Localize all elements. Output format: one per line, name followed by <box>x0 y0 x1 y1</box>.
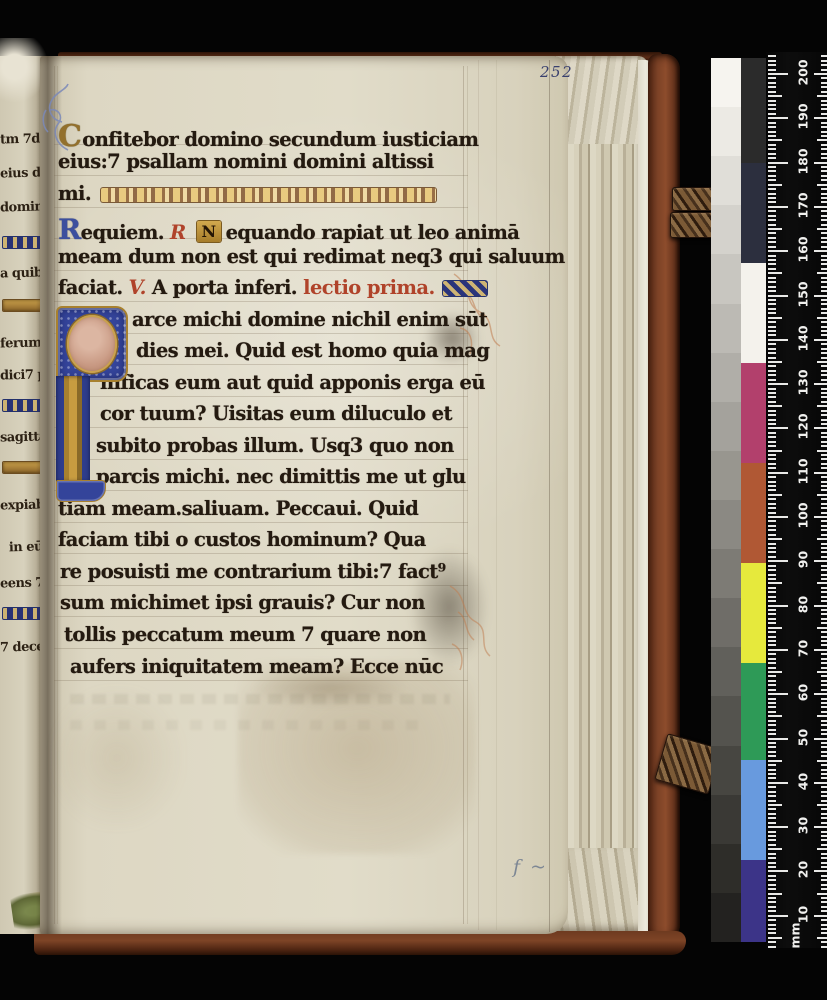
ruler-tick <box>768 631 776 633</box>
left-margin-rule <box>54 66 55 924</box>
latin-text: nificas eum aut quid apponis erga eū <box>100 371 485 394</box>
ruler-tick <box>768 383 788 385</box>
ruler-tick-right <box>821 148 827 150</box>
ruler-tick-right <box>821 308 827 310</box>
ruler-tick <box>768 906 776 908</box>
ruler-tick <box>768 831 776 833</box>
ruler-tick-right <box>817 494 827 496</box>
ruler-tick-right <box>821 166 827 168</box>
ruler-tick <box>768 365 776 367</box>
ruler-tick-right <box>821 326 827 328</box>
ruler-tick <box>768 901 776 903</box>
ruler-tick-right <box>821 636 827 638</box>
ruler-tick <box>768 879 776 881</box>
gray-step-5 <box>711 254 741 303</box>
ruler-tick <box>768 653 776 655</box>
manuscript-line-10: cor tuum? Uisitas eum diluculo et <box>100 402 452 425</box>
ruler-tick <box>768 941 776 943</box>
ruler-tick-right <box>817 272 827 274</box>
manuscript-line-2: eius:7 psallam nomini domini altissi <box>58 150 434 173</box>
ruler-tick <box>768 582 782 584</box>
ruler-tick-right <box>821 888 827 890</box>
ruler-tick-right <box>814 516 827 518</box>
ruler-tick-right <box>821 622 827 624</box>
ruler-tick <box>768 525 776 527</box>
ruler-tick <box>768 644 776 646</box>
ruler-tick-right <box>821 303 827 305</box>
ruler-tick-right <box>821 246 827 248</box>
ruler-tick <box>768 738 788 740</box>
ruler-tick-right <box>821 241 827 243</box>
grayscale-strip <box>711 58 741 942</box>
ruler-tick-right <box>821 188 827 190</box>
ruler-tick <box>768 520 776 522</box>
ruler-tick <box>768 769 776 771</box>
ruler-tick-right <box>821 224 827 226</box>
manuscript-line-16: sum michimet ipsi grauis? Cur non <box>60 591 425 614</box>
ruler-tick <box>768 343 776 345</box>
leather-cover-bottom-edge <box>34 931 686 955</box>
ruler-tick <box>768 290 776 292</box>
ruler-tick-right <box>821 512 827 514</box>
ruler-number-150: 150 <box>796 277 811 311</box>
ruler-tick <box>768 591 776 593</box>
ruler-tick <box>768 733 776 735</box>
ruler-tick <box>768 706 776 708</box>
decorated-red-mark: V. <box>129 276 146 299</box>
ruler-tick-right <box>821 507 827 509</box>
ruler-tick-right <box>814 472 827 474</box>
ruler-tick-right <box>821 764 827 766</box>
ruler-tick <box>768 755 776 757</box>
ruler-tick <box>768 622 776 624</box>
ruler-tick-right <box>821 219 827 221</box>
color-patch-indigo <box>741 860 768 942</box>
ruler-tick-right <box>821 485 827 487</box>
ruler-tick-right <box>814 117 827 119</box>
ruler-tick-right <box>821 680 827 682</box>
ruler-tick-right <box>821 946 827 948</box>
ruler-tick <box>768 73 788 75</box>
ruler-tick <box>768 317 782 319</box>
ruler-tick-right <box>821 179 827 181</box>
color-patch-yellow <box>741 563 768 663</box>
ruler-tick-right <box>821 879 827 881</box>
ruling-line-15 <box>54 585 468 586</box>
ruler-tick <box>768 587 776 589</box>
ruler-tick <box>768 667 776 669</box>
ruler-tick-right <box>821 813 827 815</box>
ruler-tick-right <box>821 667 827 669</box>
ruler-tick-right <box>821 348 827 350</box>
ruler-tick-right <box>821 569 827 571</box>
ruler-tick <box>768 436 776 438</box>
ruler-number-90: 90 <box>796 543 811 577</box>
ruler-tick <box>768 139 782 141</box>
ruler-tick <box>768 450 782 452</box>
ruling-line-13 <box>54 522 468 523</box>
ruler-tick-right <box>821 135 827 137</box>
ruler-tick-right <box>821 352 827 354</box>
ruler-tick <box>768 352 776 354</box>
ruling-line-6 <box>54 301 468 302</box>
ruler-tick-right <box>821 684 827 686</box>
ruler-tick-right <box>817 450 827 452</box>
ruler-tick-right <box>821 822 827 824</box>
ruler-tick-right <box>821 702 827 704</box>
ruler-tick-right <box>821 556 827 558</box>
ruler-tick <box>768 188 776 190</box>
ruler-number-60: 60 <box>796 676 811 710</box>
color-patch-orange <box>741 463 768 563</box>
ruler-tick-right <box>821 263 827 265</box>
ruler-tick-right <box>814 693 827 695</box>
ruler-tick <box>768 348 776 350</box>
ruler-tick-right <box>821 197 827 199</box>
ruler-tick-right <box>814 738 827 740</box>
gray-step-9 <box>711 451 741 500</box>
ruler-tick <box>768 268 776 270</box>
ruler-tick-right <box>821 131 827 133</box>
manuscript-line-15: re posuisti me contrarium tibi:7 fact⁹ <box>60 560 446 583</box>
ruler-tick <box>768 330 776 332</box>
ruler-tick-right <box>821 808 827 810</box>
gray-step-14 <box>711 696 741 745</box>
ruler-tick-right <box>814 162 827 164</box>
ruler-tick <box>768 720 776 722</box>
ruler-tick-right <box>821 201 827 203</box>
ruler-tick-right <box>821 689 827 691</box>
ruler-tick <box>768 126 776 128</box>
folio-number: 252 <box>540 63 573 81</box>
ruler-tick-right <box>814 782 827 784</box>
ruler-number-20: 20 <box>796 853 811 887</box>
ruler-tick <box>768 893 782 895</box>
ruler-tick-right <box>817 538 827 540</box>
ruler-tick <box>768 295 788 297</box>
ruler-tick <box>768 574 776 576</box>
ruler-tick <box>768 866 776 868</box>
ruler-tick <box>768 786 776 788</box>
ruler-tick <box>768 919 776 921</box>
color-patch-charcoal <box>741 58 768 163</box>
ruler-tick <box>768 299 776 301</box>
ruler-tick-right <box>821 919 827 921</box>
right-margin-rule-2 <box>467 66 468 924</box>
manuscript-line-6: faciat.V.A porta inferi. lectio prima. <box>58 276 487 299</box>
ruler-tick-right <box>814 560 827 562</box>
manuscript-line-8: dies mei. Quid est homo quia mag <box>136 339 489 362</box>
gray-step-3 <box>711 156 741 205</box>
ruler-tick-right <box>814 73 827 75</box>
ruler-tick-right <box>821 609 827 611</box>
ruler-tick <box>768 658 776 660</box>
ruler-tick-right <box>821 644 827 646</box>
ruler-tick-right <box>821 365 827 367</box>
leaf-edge-line <box>549 60 550 932</box>
latin-text: eius:7 psallam nomini domini altissi <box>58 150 434 173</box>
ruler-tick <box>768 308 776 310</box>
ruler-tick-right <box>814 250 827 252</box>
ruler-tick-right <box>821 853 827 855</box>
gray-step-15 <box>711 746 741 795</box>
ruler-tick-right <box>817 361 827 363</box>
ruler-tick-right <box>821 928 827 930</box>
ruler-tick <box>768 494 782 496</box>
ruler-tick-right <box>817 139 827 141</box>
ruler-tick <box>768 600 776 602</box>
ruler-tick-right <box>821 751 827 753</box>
ruler-tick <box>768 928 776 930</box>
ruler-tick <box>768 472 788 474</box>
ruler-tick-right <box>821 698 827 700</box>
ruler-tick-right <box>821 357 827 359</box>
ruler-tick <box>768 565 776 567</box>
color-patch-strip <box>741 58 768 942</box>
ruler-tick-right <box>814 383 827 385</box>
ruler-tick <box>768 401 776 403</box>
ruler-tick-right <box>821 839 827 841</box>
ruler-tick-right <box>821 565 827 567</box>
color-patch-magenta <box>741 363 768 463</box>
ruler-number-80: 80 <box>796 587 811 621</box>
ruler-number-10: 10 <box>796 897 811 931</box>
ruler-tick-right <box>821 60 827 62</box>
ruler-tick <box>768 813 776 815</box>
manuscript-line-7: arce michi domine nichil enim sūt <box>132 308 487 331</box>
ruler-number-30: 30 <box>796 809 811 843</box>
ruler-tick <box>768 777 776 779</box>
ruler-tick-right <box>821 800 827 802</box>
ruler-tick <box>768 547 776 549</box>
ruler-tick-right <box>821 343 827 345</box>
ruler-tick <box>768 272 782 274</box>
ruler-tick-right <box>821 742 827 744</box>
ruler-number-200: 200 <box>796 56 811 90</box>
ruler-tick <box>768 870 788 872</box>
latin-text: subito probas illum. Usq3 quo non <box>96 434 454 457</box>
latin-text: re posuisti me contrarium tibi:7 fact⁹ <box>60 560 446 583</box>
ruler-tick-right <box>814 427 827 429</box>
ruler-tick <box>768 135 776 137</box>
ruler-tick-right <box>821 720 827 722</box>
gray-step-18 <box>711 893 741 942</box>
ruler-tick-right <box>821 113 827 115</box>
decorated-initial-gold: C <box>58 119 81 154</box>
photograph-stage: tm 7dmeius denadomino:a quibusferum.dici… <box>0 0 827 1000</box>
ruler-tick <box>768 578 776 580</box>
ruler-tick <box>768 184 782 186</box>
ruler-tick-right <box>821 897 827 899</box>
ruler-tick <box>768 454 776 456</box>
ruler-tick-right <box>821 277 827 279</box>
latin-text: parcis michi. nec dimittis me ut glu <box>96 465 466 488</box>
ruler-tick-right <box>821 374 827 376</box>
ruler-tick-right <box>821 817 827 819</box>
ruler-tick <box>768 848 782 850</box>
ruler-tick-right <box>821 467 827 469</box>
ruler-tick-right <box>814 339 827 341</box>
ruler-tick-right <box>821 777 827 779</box>
ruler-tick-right <box>821 100 827 102</box>
decorated-filler-blue <box>443 281 487 296</box>
ruler-tick-right <box>821 520 827 522</box>
ruler-tick <box>768 388 776 390</box>
ruler-tick <box>768 516 788 518</box>
ruling-line-2 <box>54 175 468 176</box>
latin-text: sum michimet ipsi grauis? Cur non <box>60 591 425 614</box>
manuscript-line-14: faciam tibi o custos hominum? Qua <box>58 528 426 551</box>
ruler-tick <box>768 370 776 372</box>
decorated-red-mark: R <box>170 221 186 244</box>
ruler-tick-right <box>821 210 827 212</box>
ruler-tick-right <box>814 870 827 872</box>
pencil-inscription: f ~ <box>513 856 548 878</box>
ruler-tick-right <box>821 578 827 580</box>
ruler-tick <box>768 698 776 700</box>
ruler-tick-right <box>817 184 827 186</box>
ruler-tick-right <box>821 321 827 323</box>
ruler-tick <box>768 605 788 607</box>
ruler-tick <box>768 569 776 571</box>
ruler-tick <box>768 800 776 802</box>
latin-text: faciam tibi o custos hominum? Qua <box>58 528 426 551</box>
ruler-tick <box>768 910 776 912</box>
ruler-tick <box>768 334 776 336</box>
ruler-tick-right <box>821 724 827 726</box>
ruler-tick-right <box>814 295 827 297</box>
ruler-tick-right <box>821 423 827 425</box>
ruling-line-5 <box>54 270 468 271</box>
manuscript-line-1: Confitebor domino secundum iusticiam <box>58 119 478 154</box>
ruler-tick-right <box>817 405 827 407</box>
ruler-tick-right <box>821 795 827 797</box>
gray-step-8 <box>711 402 741 451</box>
orange-penwork-flourish-icon-2 <box>440 582 498 674</box>
latin-text: dies mei. Quid est homo quia mag <box>136 339 489 362</box>
ruler-number-100: 100 <box>796 499 811 533</box>
ruling-line-18 <box>54 680 468 681</box>
ruler-tick-right <box>821 844 827 846</box>
ruler-tick-right <box>821 631 827 633</box>
ruler-tick <box>768 131 776 133</box>
ruler-tick <box>768 60 776 62</box>
ruler-tick <box>768 791 776 793</box>
ruler-tick <box>768 764 776 766</box>
ruler-tick <box>768 392 776 394</box>
ruler-tick <box>768 693 788 695</box>
ruler-tick-right <box>821 706 827 708</box>
page-corner-stack-bottom <box>554 848 650 934</box>
latin-text: meam dum non est qui redimat neq3 qui sa… <box>58 245 565 268</box>
ruler-tick-right <box>821 503 827 505</box>
ruler-tick <box>768 853 776 855</box>
ruler-tick <box>768 326 776 328</box>
ruler-tick-right <box>821 69 827 71</box>
ruler-tick-right <box>821 312 827 314</box>
ruler-tick <box>768 627 782 629</box>
ruler-number-120: 120 <box>796 410 811 444</box>
ruler-tick-right <box>821 255 827 257</box>
ruler-tick <box>768 724 776 726</box>
ruler-tick <box>768 875 776 877</box>
page-fold-line <box>478 60 479 930</box>
decorated-initial-blue: R <box>58 213 81 246</box>
ruler-number-190: 190 <box>796 100 811 134</box>
ruler-number-70: 70 <box>796 631 811 665</box>
ruler-tick <box>768 684 776 686</box>
ruler-tick <box>768 507 776 509</box>
page-fold-line-2 <box>496 60 497 930</box>
manuscript-line-12: parcis michi. nec dimittis me ut glu <box>96 465 466 488</box>
ruler-tick <box>768 148 776 150</box>
ruler-tick <box>768 91 776 93</box>
ruler-tick-right <box>821 932 827 934</box>
ruler-tick <box>768 715 782 717</box>
ruler-tick-right <box>821 729 827 731</box>
ruler-tick <box>768 117 788 119</box>
ruler-number-40: 40 <box>796 764 811 798</box>
ruler-tick-right <box>821 773 827 775</box>
ruler-tick-right <box>821 618 827 620</box>
ruler-tick-right <box>821 901 827 903</box>
ruler-tick <box>768 782 788 784</box>
ruler-tick-right <box>821 77 827 79</box>
ruler-tick-right <box>821 498 827 500</box>
ruler-tick <box>768 560 788 562</box>
ruler-tick <box>768 108 776 110</box>
ruler-tick <box>768 924 776 926</box>
ruler-tick-right <box>821 299 827 301</box>
ruler-number-180: 180 <box>796 144 811 178</box>
ruler-tick-right <box>821 711 827 713</box>
ruler-tick <box>768 166 776 168</box>
color-patch-light-blue <box>741 760 768 860</box>
ruler-tick-right <box>814 915 827 917</box>
ruler-tick <box>768 862 776 864</box>
ruler-tick <box>768 489 776 491</box>
ruler-tick <box>768 613 776 615</box>
ruler-tick <box>768 804 782 806</box>
ruler-tick <box>768 844 776 846</box>
ruler-tick <box>768 857 776 859</box>
ruler-tick-right <box>817 760 827 762</box>
ruler-tick-right <box>821 596 827 598</box>
ruler-tick <box>768 374 776 376</box>
ruler-tick-right <box>821 746 827 748</box>
ruler-tick <box>768 232 776 234</box>
ruler-tick-right <box>821 144 827 146</box>
ruler-tick-right <box>821 551 827 553</box>
ruler-tick <box>768 556 776 558</box>
ruler-tick <box>768 760 782 762</box>
manuscript-line-5: meam dum non est qui redimat neq3 qui sa… <box>58 245 565 268</box>
ruler-tick-right <box>821 831 827 833</box>
ruler-tick <box>768 636 776 638</box>
manuscript-line-9: nificas eum aut quid apponis erga eū <box>100 371 485 394</box>
decorated-red: lectio prima. <box>297 276 435 299</box>
ruler-tick <box>768 826 788 828</box>
ruler-tick-right <box>814 605 827 607</box>
ruler-tick-right <box>821 463 827 465</box>
ruler-tick <box>768 95 782 97</box>
ruler-tick-right <box>821 445 827 447</box>
gray-step-17 <box>711 844 741 893</box>
ruler-tick <box>768 321 776 323</box>
ruler-tick <box>768 157 776 159</box>
ruler-tick-right <box>817 671 827 673</box>
ruler-tick <box>768 414 776 416</box>
